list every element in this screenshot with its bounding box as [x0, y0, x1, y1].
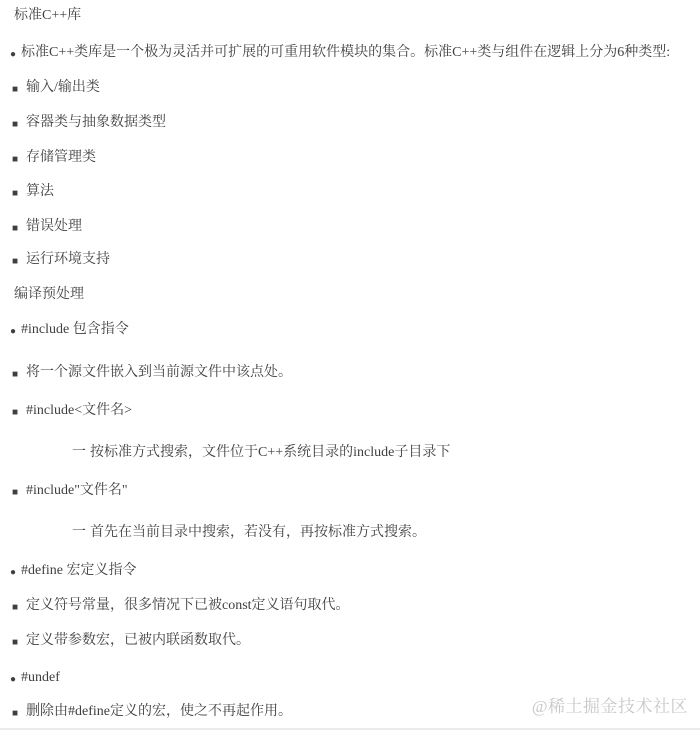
bullet-square-icon: ■: [12, 254, 18, 270]
bullet-square-icon: ■: [12, 405, 18, 421]
line-text: 首先在当前目录中搜索，若没有，再按标准方式搜索。: [0, 525, 426, 541]
bullet-circle-icon: ●: [10, 565, 16, 581]
bullet-square-icon: ■: [12, 186, 18, 202]
document-line: ●#include 包含指令: [0, 322, 700, 338]
bullet-square-icon: ■: [12, 706, 18, 722]
line-text: 按标准方式搜索，文件位于C++系统目录的include子目录下: [0, 445, 450, 461]
document-line: 一按标准方式搜索，文件位于C++系统目录的include子目录下: [0, 445, 700, 461]
document-line: ■将一个源文件嵌入到当前源文件中该点处。: [0, 365, 700, 381]
bullet-dash-icon: 一: [72, 445, 86, 461]
line-text: 定义带参数宏，已被内联函数取代。: [0, 633, 250, 649]
bullet-circle-icon: ●: [10, 47, 16, 63]
line-text: #define 宏定义指令: [0, 563, 136, 579]
document-line: ■算法: [0, 184, 700, 200]
line-text: 将一个源文件嵌入到当前源文件中该点处。: [0, 365, 292, 381]
bullet-dash-icon: 一: [72, 525, 86, 541]
document-line: ■输入/输出类: [0, 80, 700, 96]
page-title: 标准C++库: [0, 8, 700, 24]
line-text: #include"文件名": [0, 483, 128, 499]
document-line: ■#include<文件名>: [0, 403, 700, 419]
line-text: 标准C++类库是一个极为灵活并可扩展的可重用软件模块的集合。标准C++类与组件在…: [0, 45, 670, 61]
document-line: ●#define 宏定义指令: [0, 563, 700, 579]
document-line: ■定义带参数宏，已被内联函数取代。: [0, 633, 700, 649]
document-line: ■运行环境支持: [0, 252, 700, 268]
line-text: 标准C++库: [0, 8, 81, 24]
document-line: 一首先在当前目录中搜索，若没有，再按标准方式搜索。: [0, 525, 700, 541]
document-line: ■#include"文件名": [0, 483, 700, 499]
bullet-square-icon: ■: [12, 152, 18, 168]
line-text: #undef: [0, 670, 60, 686]
bullet-square-icon: ■: [12, 221, 18, 237]
document-line: ●标准C++类库是一个极为灵活并可扩展的可重用软件模块的集合。标准C++类与组件…: [0, 45, 700, 61]
bullet-square-icon: ■: [12, 600, 18, 616]
document-line: ■错误处理: [0, 219, 700, 235]
bullet-square-icon: ■: [12, 367, 18, 383]
line-text: 容器类与抽象数据类型: [0, 115, 166, 131]
bullet-square-icon: ■: [12, 82, 18, 98]
document-line: ●#undef: [0, 670, 700, 686]
bullet-circle-icon: ●: [10, 324, 16, 340]
line-text: #include 包含指令: [0, 322, 129, 338]
document-line: ■存储管理类: [0, 150, 700, 166]
bullet-square-icon: ■: [12, 635, 18, 651]
bullet-circle-icon: ●: [10, 672, 16, 688]
bullet-square-icon: ■: [12, 485, 18, 501]
document-line: ■容器类与抽象数据类型: [0, 115, 700, 131]
document-page: 标准C++库●标准C++类库是一个极为灵活并可扩展的可重用软件模块的集合。标准C…: [0, 0, 700, 730]
document-line: 编译预处理: [0, 287, 700, 303]
line-text: 编译预处理: [0, 287, 84, 303]
document-line: ■定义符号常量，很多情况下已被const定义语句取代。: [0, 598, 700, 614]
line-text: 定义符号常量，很多情况下已被const定义语句取代。: [0, 598, 350, 614]
bullet-square-icon: ■: [12, 117, 18, 133]
line-text: 删除由#define定义的宏，使之不再起作用。: [0, 704, 292, 720]
line-text: 算法: [0, 184, 54, 200]
watermark: @稀土掘金技术社区: [532, 692, 688, 717]
line-text: #include<文件名>: [0, 403, 132, 419]
